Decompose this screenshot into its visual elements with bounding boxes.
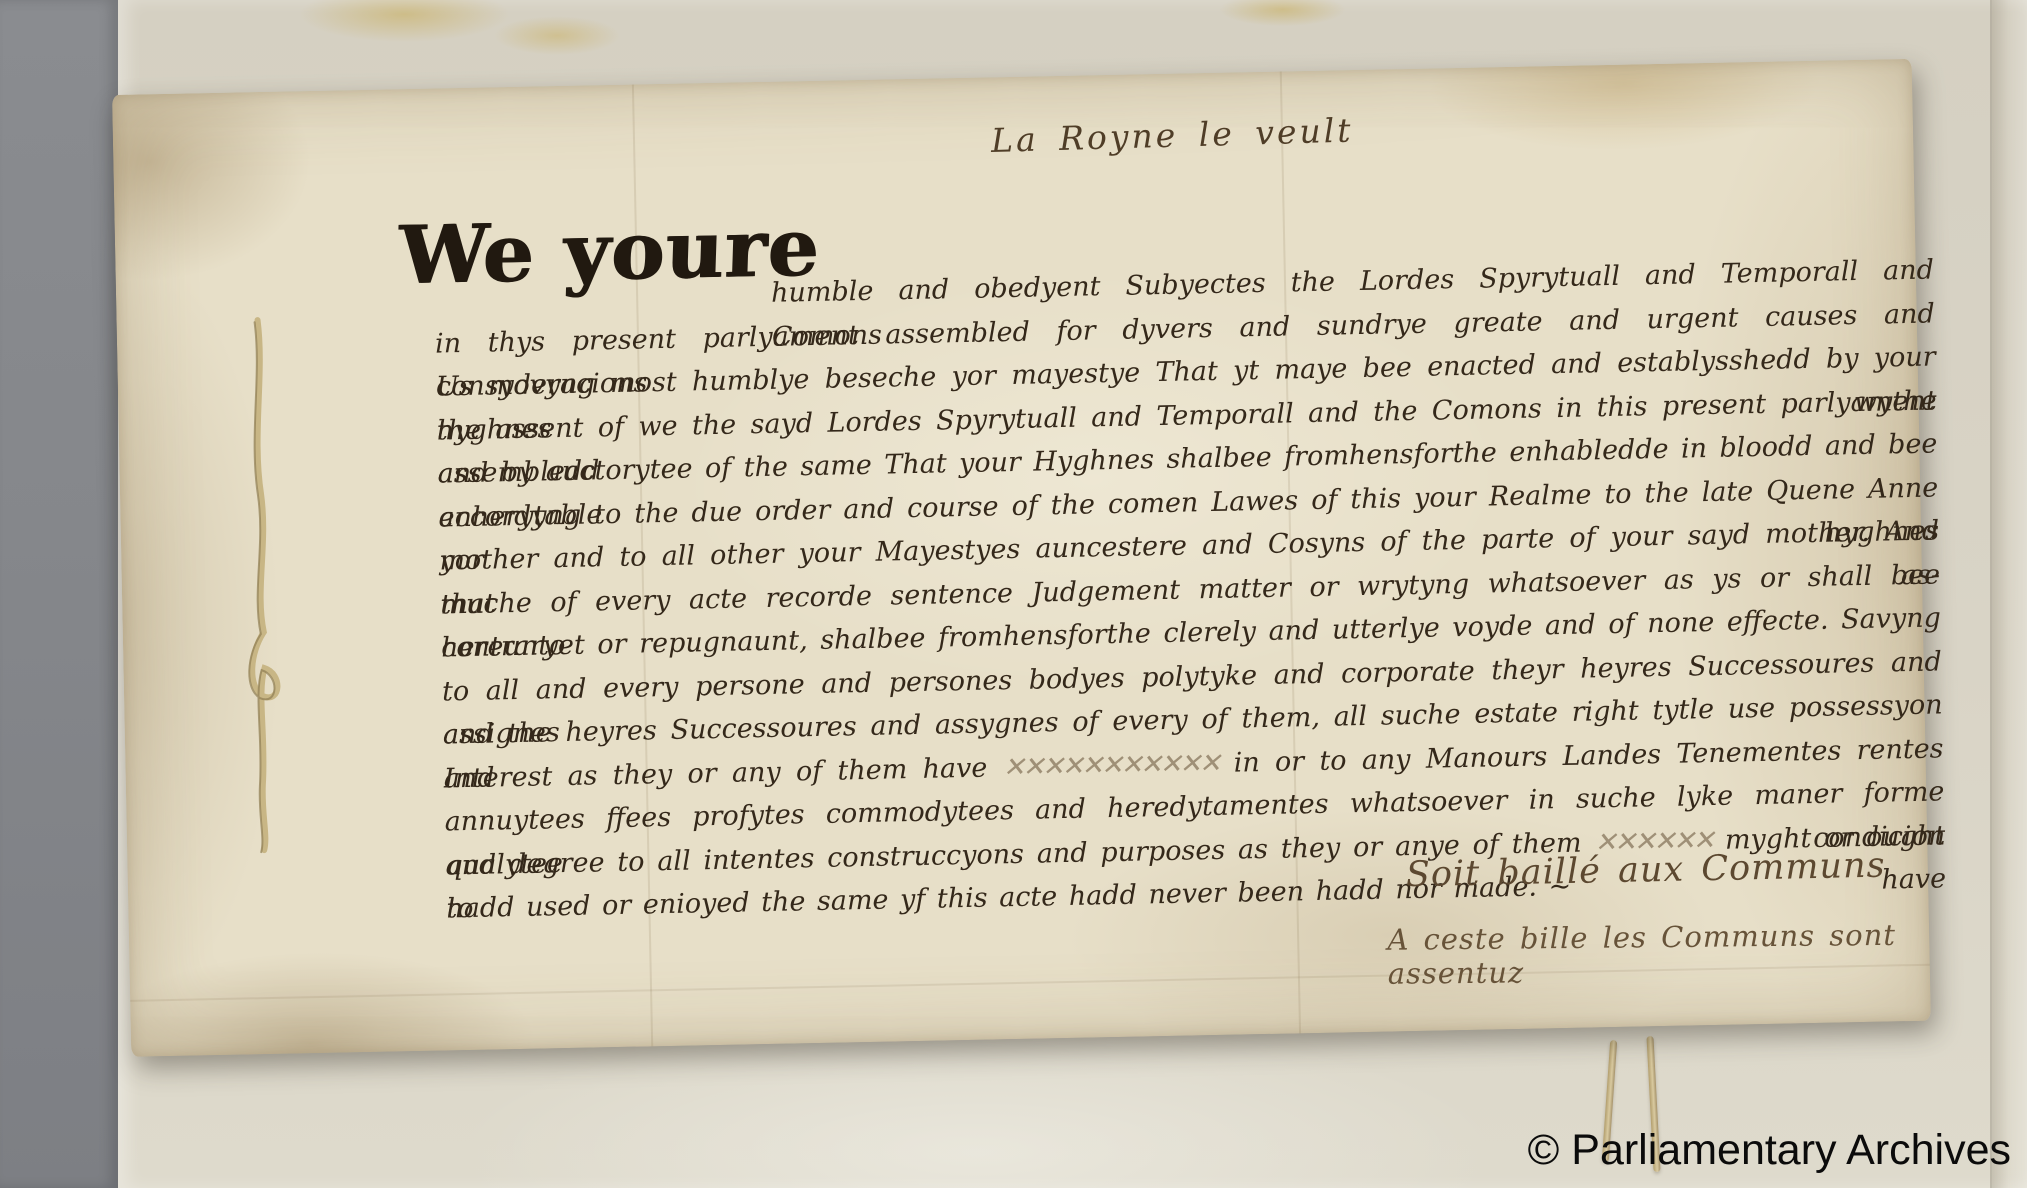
backing-sheet-crease	[1990, 0, 2027, 1188]
royal-assent-inscription: La Royne le veult	[991, 111, 1355, 160]
endorsement-commons-assent: A ceste bille les Communs sont assentuz	[1387, 918, 1930, 991]
binding-cord	[224, 313, 315, 859]
manuscript-text: Interest as they or any of them have	[443, 752, 1002, 794]
mounting-board	[0, 0, 118, 1188]
manuscript-body: humble and obedyent Subyectes the Lordes…	[434, 248, 1947, 930]
vellum-document: La Royne le veult We youre humble and ob…	[112, 59, 1931, 1057]
deleted-text: ✕✕✕✕✕✕✕✕✕✕✕	[1002, 747, 1218, 782]
copyright-watermark: © Parliamentary Archives	[1528, 1126, 2011, 1175]
photograph-of-act-of-parliament: La Royne le veult We youre humble and ob…	[0, 0, 2027, 1188]
